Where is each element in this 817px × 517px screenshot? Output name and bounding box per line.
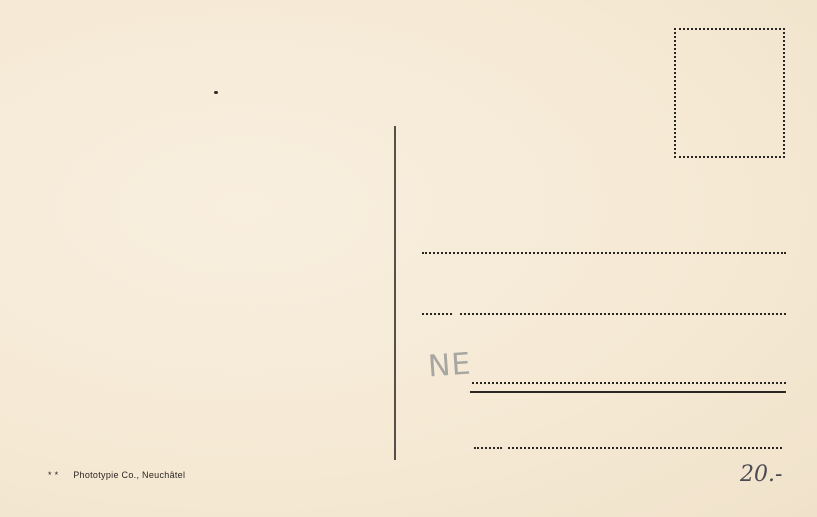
stamp-box [674, 28, 785, 158]
address-line-2 [460, 313, 786, 315]
imprint-text: Phototypie Co., Neuchâtel [73, 470, 185, 480]
address-underline-solid [470, 391, 786, 393]
address-line-4 [508, 447, 782, 449]
address-line-1 [422, 252, 786, 254]
pencil-price: 20.- [740, 462, 782, 487]
address-line-4-prefix [474, 447, 502, 449]
vertical-divider-line [394, 126, 396, 460]
address-line-2-prefix [422, 313, 452, 315]
pencil-annotation: NE [427, 347, 473, 385]
publisher-imprint: * * Phototypie Co., Neuchâtel [48, 470, 185, 480]
postcard-back: * * Phototypie Co., Neuchâtel NE 20.- [0, 0, 817, 517]
imprint-stars: * * [48, 470, 58, 480]
address-line-3 [472, 382, 786, 384]
ink-speck [214, 91, 218, 94]
